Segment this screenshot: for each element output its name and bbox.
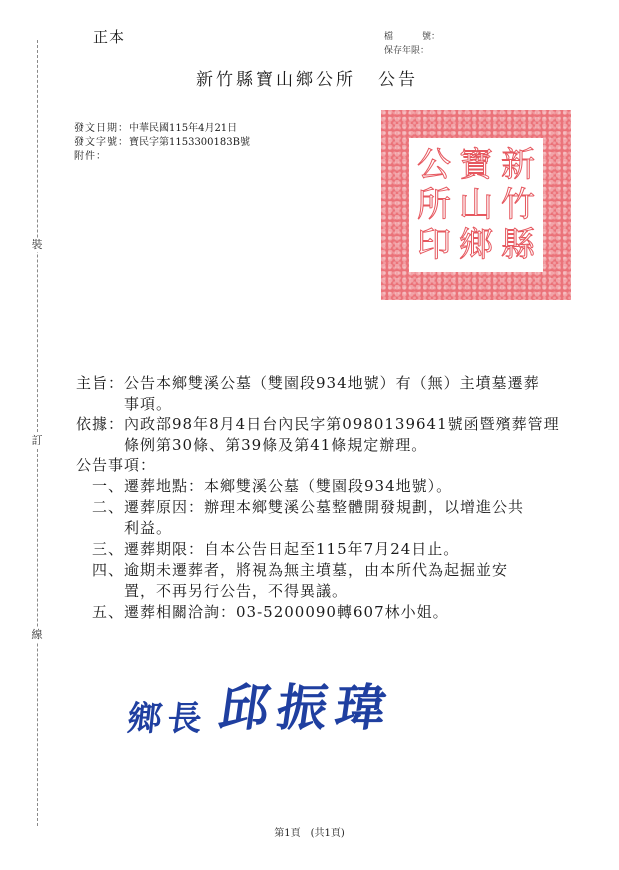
seal-char: 印 bbox=[417, 225, 451, 265]
basis-text-2: 條例第30條、第39條及第41條規定辦理。 bbox=[124, 435, 427, 456]
basis-label: 依據： bbox=[76, 414, 124, 435]
document-type: 公告 bbox=[378, 70, 418, 90]
issue-number-value: 寶民字第1153300183B號 bbox=[129, 136, 250, 150]
item-text: 遷葬原因：辦理本鄉雙溪公墓整體開發規劃，以增進公共 bbox=[124, 497, 524, 518]
official-seal: 新 竹 縣 寶 山 鄉 公 所 印 bbox=[381, 110, 571, 300]
item-number: 二、 bbox=[92, 497, 124, 518]
binding-mark-zhuang: 裝 bbox=[29, 238, 45, 252]
notice-label: 公告事項： bbox=[76, 455, 156, 476]
item-text: 逾期未遷葬者，將視為無主墳墓，由本所代為起掘並安 bbox=[124, 560, 508, 581]
item-number: 三、 bbox=[92, 539, 124, 560]
signature-name: 邱振瑋 bbox=[215, 668, 399, 740]
item-number: 四、 bbox=[92, 560, 124, 581]
attachment-row: 附件： bbox=[74, 150, 250, 164]
subject-label: 主旨： bbox=[76, 373, 124, 394]
seal-char: 寶 bbox=[459, 145, 493, 185]
file-meta: 檔 號： 保存年限： bbox=[384, 30, 440, 58]
subject-line: 主旨： 公告本鄉雙溪公墓（雙園段934地號）有（無）主墳墓遷葬 bbox=[76, 373, 540, 394]
seal-char: 竹 bbox=[501, 185, 535, 225]
notice-items: 一、 遷葬地點：本鄉雙溪公墓（雙園段934地號）。 二、 遷葬原因：辦理本鄉雙溪… bbox=[92, 476, 524, 623]
binding-mark-ding: 訂 bbox=[29, 434, 45, 448]
retention-label: 保存年限： bbox=[384, 44, 429, 58]
file-number-label: 檔 號： bbox=[384, 30, 440, 44]
item-text: 利益。 bbox=[124, 518, 172, 539]
notice-item-4: 四、 逾期未遷葬者，將視為無主墳墓，由本所代為起掘並安 bbox=[92, 560, 524, 581]
seal-column: 新 竹 縣 bbox=[501, 145, 535, 265]
notice-item-1: 一、 遷葬地點：本鄉雙溪公墓（雙園段934地號）。 bbox=[92, 476, 524, 497]
agency-name: 新竹縣寶山鄉公所 bbox=[196, 70, 356, 90]
copy-type-label: 正本 bbox=[93, 26, 125, 47]
file-number-row: 檔 號： bbox=[384, 30, 440, 44]
item-number: 一、 bbox=[92, 476, 124, 497]
notice-item-2-cont: 二、 利益。 bbox=[92, 518, 524, 539]
attachment-label: 附件： bbox=[74, 150, 107, 164]
subject-text-1: 公告本鄉雙溪公墓（雙園段934地號）有（無）主墳墓遷葬 bbox=[124, 373, 540, 394]
item-text: 遷葬相關洽詢：03-5200090轉607林小姐。 bbox=[124, 602, 449, 623]
item-text: 遷葬期限：自本公告日起至115年7月24日止。 bbox=[124, 539, 459, 560]
seal-char: 公 bbox=[417, 145, 451, 185]
subject-text-2: 事項。 bbox=[124, 394, 172, 415]
subject-section: 主旨： 公告本鄉雙溪公墓（雙園段934地號）有（無）主墳墓遷葬 主旨： 事項。 bbox=[76, 373, 540, 415]
signature-stamp: 鄉長 邱振瑋 bbox=[128, 668, 394, 740]
document-title: 新竹縣寶山鄉公所公告 bbox=[196, 65, 418, 90]
page-number: 第1頁 (共1頁) bbox=[0, 824, 619, 839]
notice-item-3: 三、 遷葬期限：自本公告日起至115年7月24日止。 bbox=[92, 539, 524, 560]
basis-text-1: 內政部98年8月4日台內民字第0980139641號函暨殯葬管理 bbox=[124, 414, 560, 435]
item-text: 遷葬地點：本鄉雙溪公墓（雙園段934地號）。 bbox=[124, 476, 452, 497]
subject-line: 主旨： 事項。 bbox=[76, 394, 540, 415]
issue-date-label: 發文日期： bbox=[74, 122, 129, 136]
basis-section: 依據： 內政部98年8月4日台內民字第0980139641號函暨殯葬管理 依據：… bbox=[76, 414, 560, 456]
binding-mark-xian: 線 bbox=[29, 628, 45, 642]
retention-row: 保存年限： bbox=[384, 44, 440, 58]
basis-line: 依據： 內政部98年8月4日台內民字第0980139641號函暨殯葬管理 bbox=[76, 414, 560, 435]
seal-inner: 新 竹 縣 寶 山 鄉 公 所 印 bbox=[409, 138, 543, 272]
seal-char: 縣 bbox=[501, 225, 535, 265]
issue-number-label: 發文字號： bbox=[74, 136, 129, 150]
notice-item-5: 五、 遷葬相關洽詢：03-5200090轉607林小姐。 bbox=[92, 602, 524, 623]
item-text: 置，不再另行公告，不得異議。 bbox=[124, 581, 348, 602]
notice-item-2: 二、 遷葬原因：辦理本鄉雙溪公墓整體開發規劃，以增進公共 bbox=[92, 497, 524, 518]
signature-title: 鄉長 bbox=[125, 691, 210, 740]
notice-item-4-cont: 四、 置，不再另行公告，不得異議。 bbox=[92, 581, 524, 602]
seal-char: 所 bbox=[417, 185, 451, 225]
issue-date-value: 中華民國115年4月21日 bbox=[129, 122, 237, 136]
issue-info: 發文日期： 中華民國115年4月21日 發文字號： 寶民字第1153300183… bbox=[74, 122, 250, 164]
seal-char: 山 bbox=[459, 185, 493, 225]
seal-column: 寶 山 鄉 bbox=[459, 145, 493, 265]
issue-date-row: 發文日期： 中華民國115年4月21日 bbox=[74, 122, 250, 136]
seal-char: 鄉 bbox=[459, 225, 493, 265]
issue-number-row: 發文字號： 寶民字第1153300183B號 bbox=[74, 136, 250, 150]
item-number: 五、 bbox=[92, 602, 124, 623]
seal-column: 公 所 印 bbox=[417, 145, 451, 265]
basis-line: 依據： 條例第30條、第39條及第41條規定辦理。 bbox=[76, 435, 560, 456]
seal-char: 新 bbox=[501, 145, 535, 185]
binding-line bbox=[37, 40, 38, 826]
